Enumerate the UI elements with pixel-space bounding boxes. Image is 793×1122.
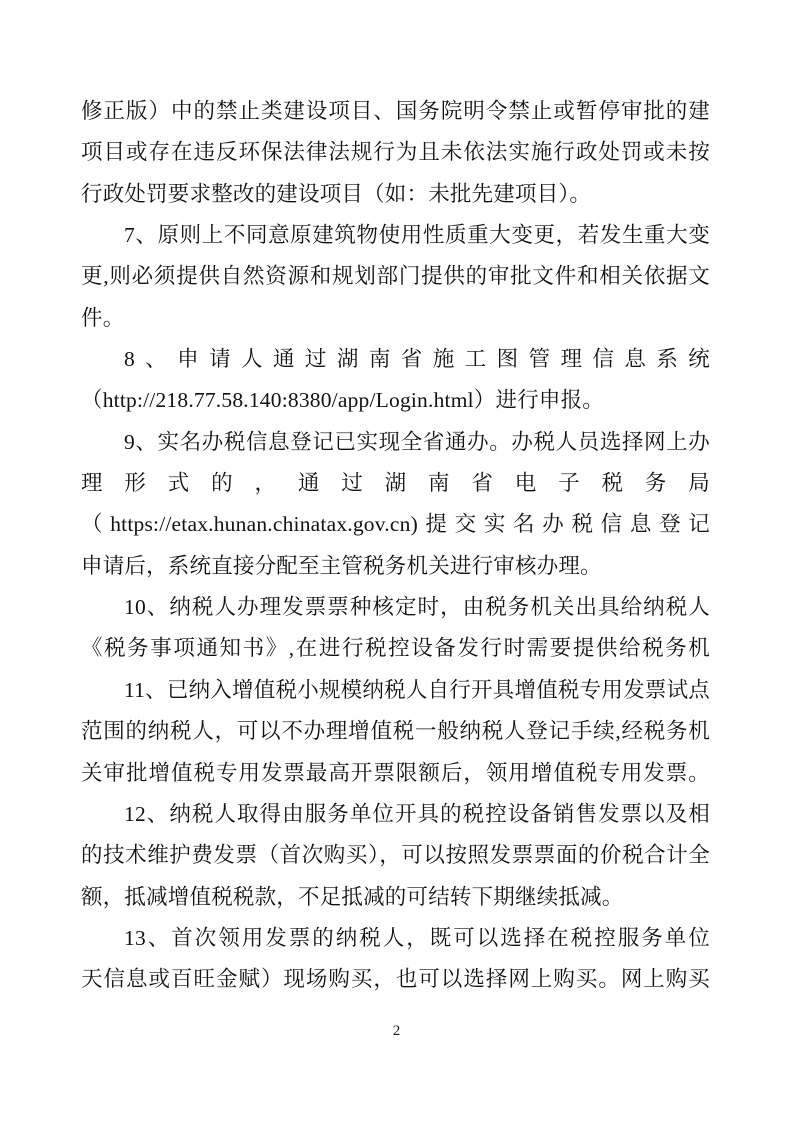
text-line: 7、原则上不同意原建筑物使用性质重大变更，若发生重大变 bbox=[81, 215, 710, 256]
text-line: （https://etax.hunan.chinatax.gov.cn)提交实名… bbox=[81, 504, 710, 545]
text-line: 12、纳税人取得由服务单位开具的税控设备销售发票以及相关 bbox=[81, 794, 710, 835]
item-6-continuation: 修正版）中的禁止类建设项目、国务院明令禁止或暂停审批的建设项目或存在违反环保法律… bbox=[81, 91, 710, 215]
text-line: 10、纳税人办理发票票种核定时，由税务机关出具给纳税人的 bbox=[81, 587, 710, 628]
item-13: 13、首次领用发票的纳税人，既可以选择在税控服务单位（航天信息或百旺金赋）现场购… bbox=[81, 918, 710, 1001]
text-line: 项目或存在违反环保法律法规行为且未依法实施行政处罚或未按 bbox=[81, 132, 710, 173]
item-8: 8、申请人通过湖南省施工图管理信息系统（http://218.77.58.140… bbox=[81, 339, 710, 422]
text-line: 额，抵减增值税税款，不足抵减的可结转下期继续抵减。 bbox=[81, 877, 710, 918]
text-line: 的技术维护费发票（首次购买），可以按照发票票面的价税合计全 bbox=[81, 835, 710, 876]
item-10: 10、纳税人办理发票票种核定时，由税务机关出具给纳税人的《税务事项通知书》,在进… bbox=[81, 587, 710, 670]
document-body: 修正版）中的禁止类建设项目、国务院明令禁止或暂停审批的建设项目或存在违反环保法律… bbox=[81, 91, 710, 1001]
item-11: 11、已纳入增值税小规模纳税人自行开具增值税专用发票试点范围的纳税人，可以不办理… bbox=[81, 670, 710, 794]
text-line: 行政处罚要求整改的建设项目（如：未批先建项目）。 bbox=[81, 174, 710, 215]
text-line: 天信息或百旺金赋）现场购买，也可以选择网上购买。网上购买的 bbox=[81, 959, 710, 1000]
page-number: 2 bbox=[0, 1021, 793, 1041]
text-line: 关审批增值税专用发票最高开票限额后，领用增值税专用发票。 bbox=[81, 753, 710, 794]
text-line: 8、申请人通过湖南省施工图管理信息系统 bbox=[81, 339, 710, 380]
text-line: 理形式的，通过湖南省电子税务局 bbox=[81, 463, 710, 504]
text-line: 件。 bbox=[81, 298, 710, 339]
text-line: 《税务事项通知书》,在进行税控设备发行时需要提供给税务机关。 bbox=[81, 628, 710, 669]
text-line: 更,则必须提供自然资源和规划部门提供的审批文件和相关依据文 bbox=[81, 256, 710, 297]
item-12: 12、纳税人取得由服务单位开具的税控设备销售发票以及相关的技术维护费发票（首次购… bbox=[81, 794, 710, 918]
text-line: 11、已纳入增值税小规模纳税人自行开具增值税专用发票试点 bbox=[81, 670, 710, 711]
text-line: 申请后，系统直接分配至主管税务机关进行审核办理。 bbox=[81, 546, 710, 587]
text-line: 修正版）中的禁止类建设项目、国务院明令禁止或暂停审批的建设 bbox=[81, 91, 710, 132]
document-page: 修正版）中的禁止类建设项目、国务院明令禁止或暂停审批的建设项目或存在违反环保法律… bbox=[0, 0, 793, 1122]
item-9: 9、实名办税信息登记已实现全省通办。办税人员选择网上办理形式的，通过湖南省电子税… bbox=[81, 422, 710, 587]
text-line: （http://218.77.58.140:8380/app/Login.htm… bbox=[81, 380, 710, 421]
item-7: 7、原则上不同意原建筑物使用性质重大变更，若发生重大变更,则必须提供自然资源和规… bbox=[81, 215, 710, 339]
text-line: 9、实名办税信息登记已实现全省通办。办税人员选择网上办 bbox=[81, 422, 710, 463]
text-line: 13、首次领用发票的纳税人，既可以选择在税控服务单位（航 bbox=[81, 918, 710, 959]
text-line: 范围的纳税人，可以不办理增值税一般纳税人登记手续,经税务机 bbox=[81, 711, 710, 752]
